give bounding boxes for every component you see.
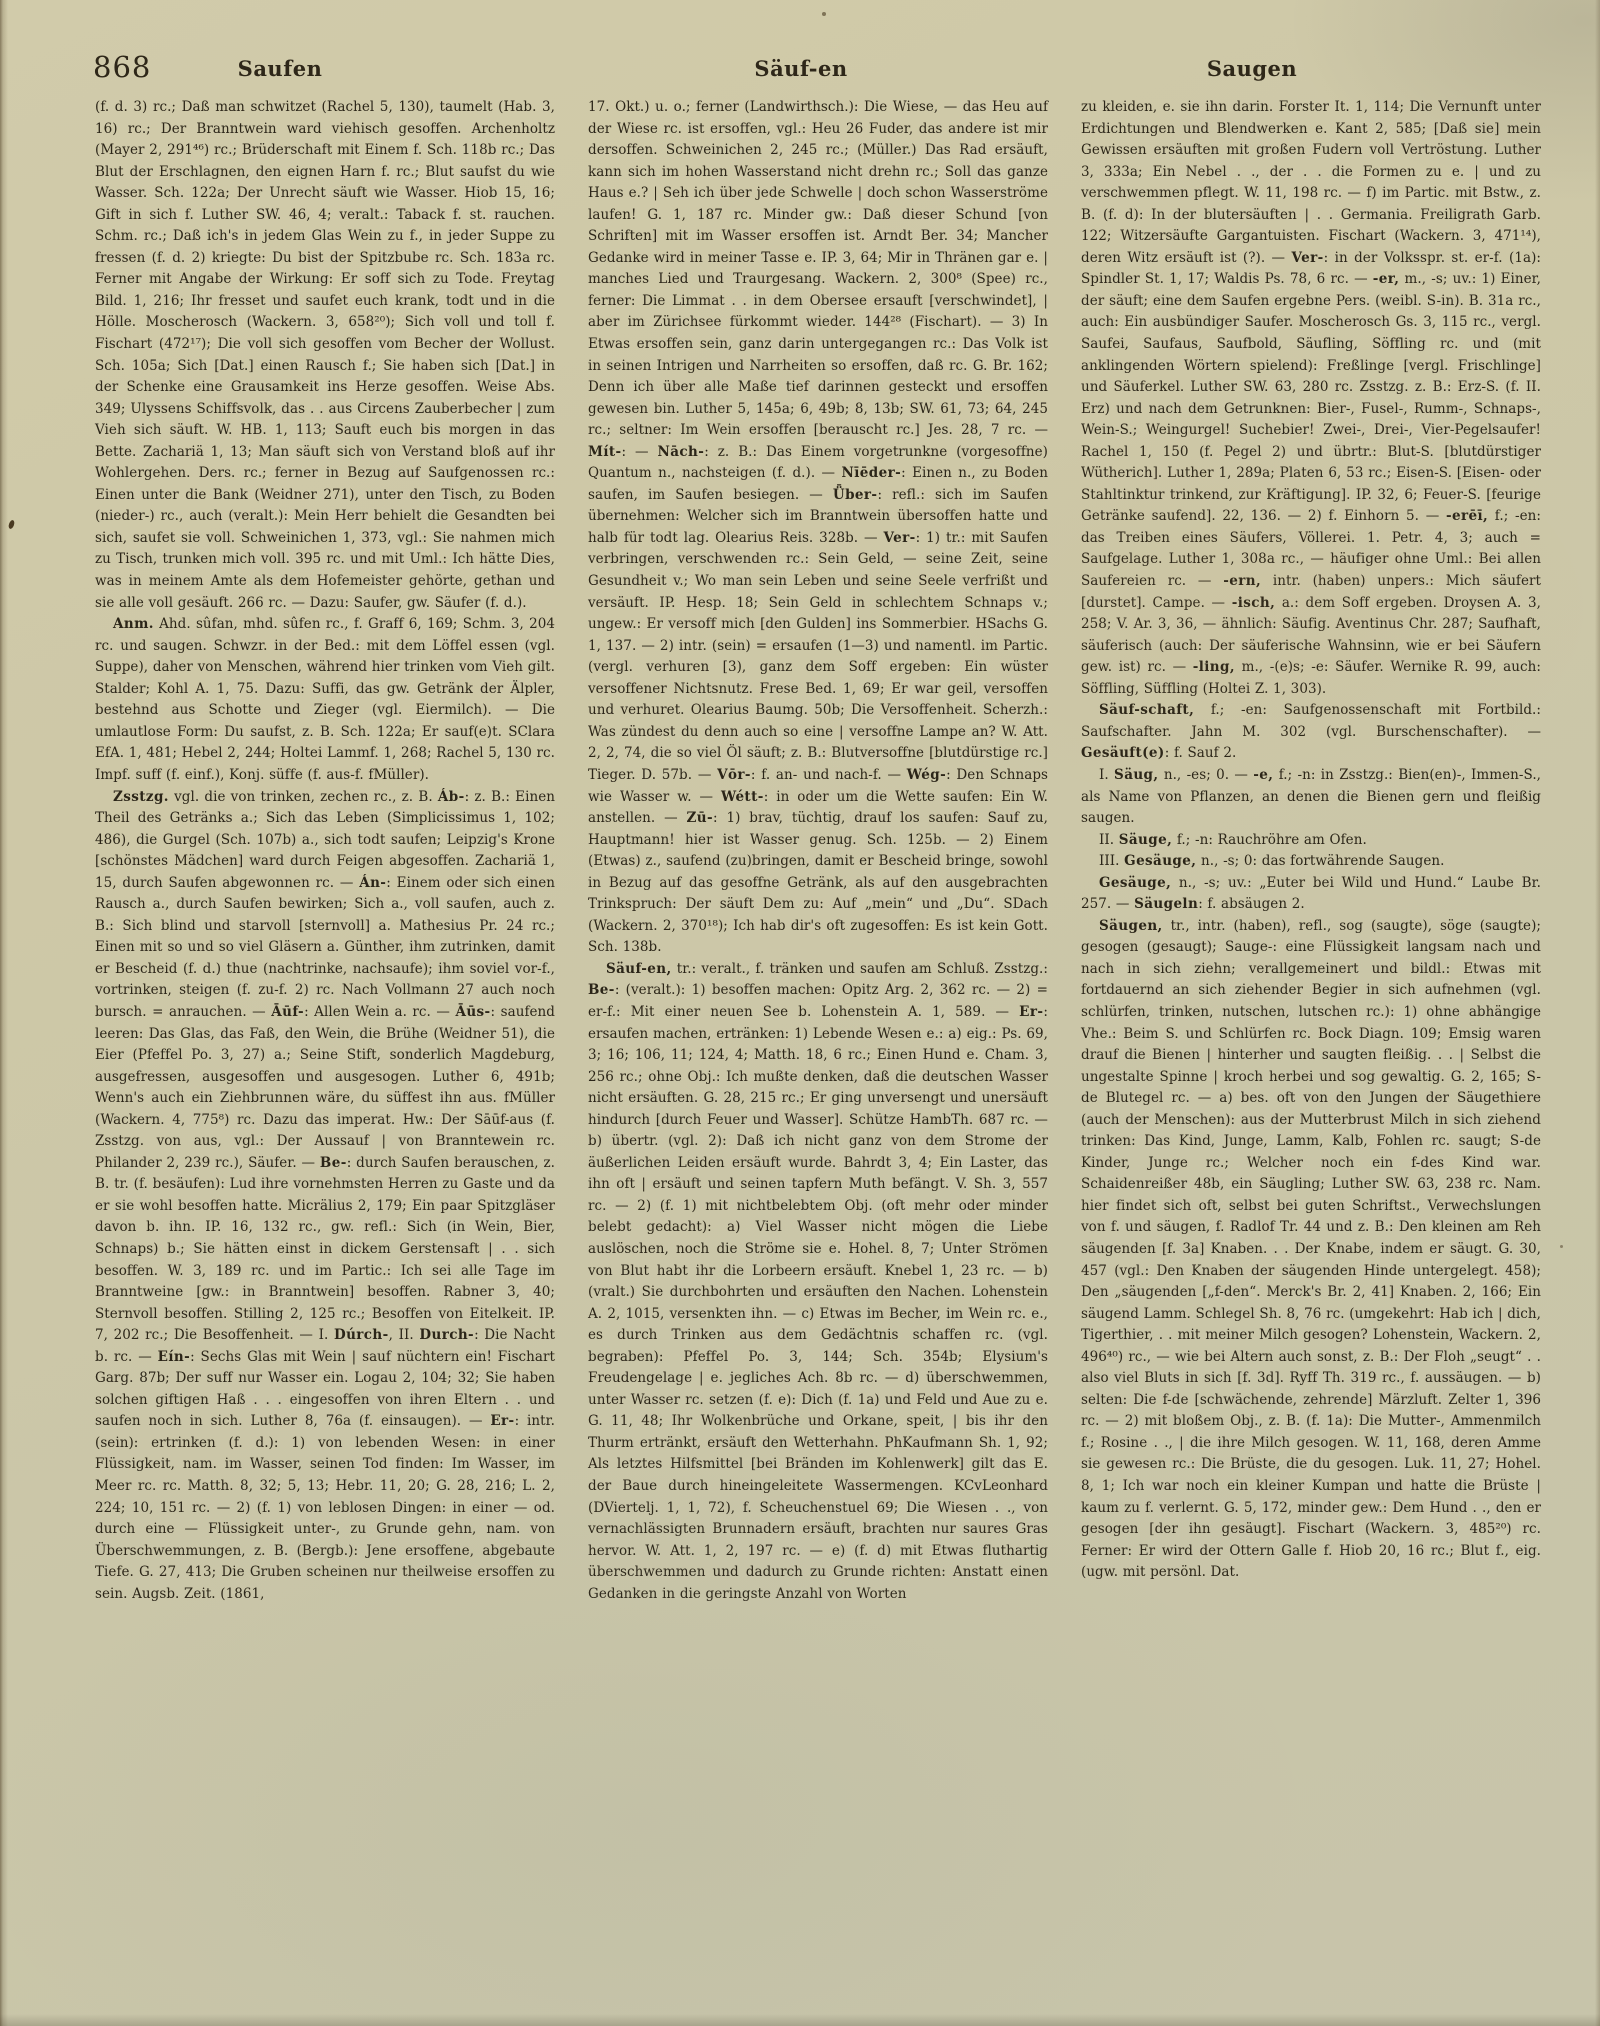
- paragraph: II. Säuge, f.; -n: Rauchröhre am Ofen.: [1081, 830, 1541, 852]
- paragraph: I. Säug, n., -es; 0. — -e, f.; -n: in Zs…: [1081, 765, 1541, 830]
- running-head-right: Saugen: [1207, 56, 1297, 81]
- ink-speck: [8, 519, 16, 529]
- column-left: (f. d. 3) rc.; Daß man schwitzet (Rachel…: [95, 97, 555, 1605]
- column-right: zu kleiden, e. sie ihn darin. Forster It…: [1081, 97, 1541, 1605]
- running-head-center: Säuf-en: [754, 56, 847, 81]
- text-columns: (f. d. 3) rc.; Daß man schwitzet (Rachel…: [95, 97, 1541, 1605]
- paragraph: Anm. Ahd. sûfan, mhd. sûfen rc., f. Graf…: [95, 614, 555, 786]
- paragraph: Säugen, tr., intr. (haben), refl., sog (…: [1081, 916, 1541, 1584]
- paragraph: zu kleiden, e. sie ihn darin. Forster It…: [1081, 97, 1541, 700]
- paragraph: Säuf-en, tr.: veralt., f. tränken und sa…: [588, 959, 1048, 1605]
- paragraph: III. Gesäuge, n., -s; 0: das fortwährend…: [1081, 851, 1541, 873]
- page-number: 868: [93, 50, 151, 84]
- dictionary-page-scan: 868 Saufen Säuf-en Saugen (f. d. 3) rc.;…: [0, 0, 1600, 2026]
- column-middle: 17. Okt.) u. o.; ferner (Landwirthsch.):…: [588, 97, 1048, 1605]
- paragraph: 17. Okt.) u. o.; ferner (Landwirthsch.):…: [588, 97, 1048, 959]
- ink-speck: [822, 12, 826, 16]
- ink-speck: [1560, 1245, 1563, 1248]
- paragraph: Gesäuge, n., -s; uv.: „Euter bei Wild un…: [1081, 873, 1541, 916]
- paragraph: Säuf-schaft, f.; -en: Saufgenossenschaft…: [1081, 700, 1541, 765]
- paragraph: Zsstzg. vgl. die von trinken, zechen rc.…: [95, 787, 555, 1606]
- paragraph: (f. d. 3) rc.; Daß man schwitzet (Rachel…: [95, 97, 555, 614]
- running-head-left: Saufen: [238, 56, 323, 81]
- page-header: 868 Saufen Säuf-en Saugen: [0, 48, 1600, 94]
